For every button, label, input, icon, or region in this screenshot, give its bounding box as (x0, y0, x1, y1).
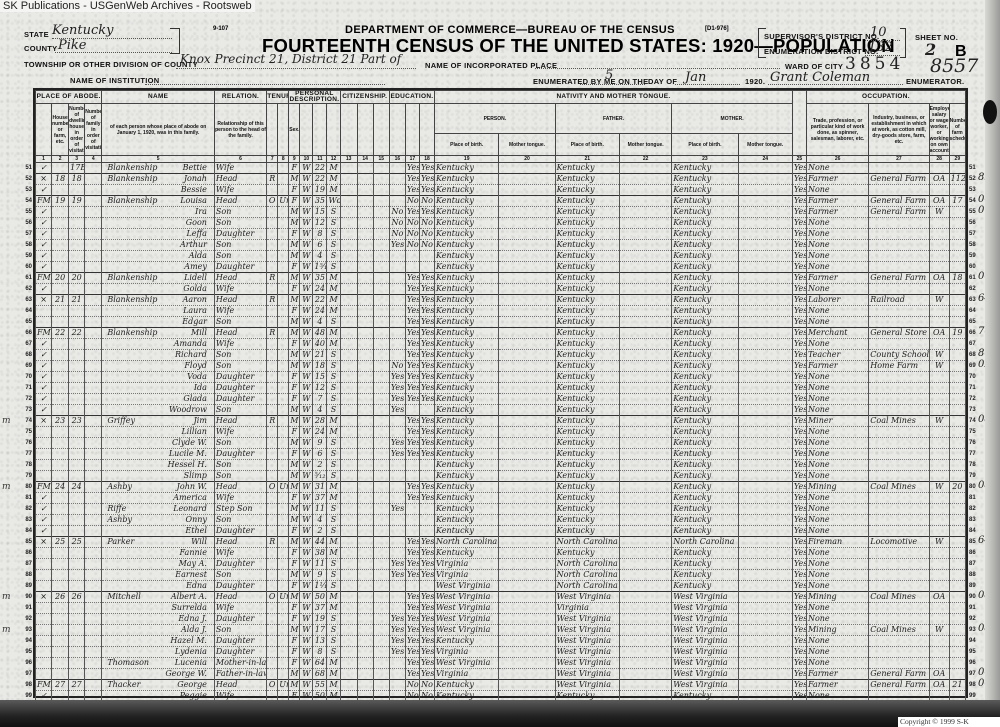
cell-house: 18 (52, 174, 69, 185)
col-family-header: Number of family in order of visitation. (85, 104, 102, 156)
cell-mort (278, 427, 289, 438)
cell-english: Yes (792, 317, 806, 328)
cell-empty (340, 251, 357, 262)
column-number: 3 (69, 156, 85, 163)
cell-relation: Head (214, 537, 266, 548)
cell-empty (340, 229, 357, 240)
cell-industry: General Farm (869, 196, 929, 207)
cell-empty (499, 537, 555, 548)
census-row: Hazel M.DaughterFW13SYesYesYesKentuckyWe… (36, 636, 966, 647)
cell-class (929, 647, 949, 658)
cell-empty (85, 515, 102, 526)
cell-empty (373, 372, 389, 383)
cell-empty (373, 229, 389, 240)
cell-relation: Son (214, 460, 266, 471)
enumerated-month: Jan (685, 70, 706, 85)
cell-empty (619, 405, 671, 416)
cell-write: Yes (419, 603, 434, 614)
cell-farm (949, 229, 965, 240)
cell-empty (619, 218, 671, 229)
cell-empty (357, 592, 373, 603)
cell-empty (738, 603, 792, 614)
cell-fpob: Kentucky (555, 251, 619, 262)
cell-empty (85, 262, 102, 273)
cell-class (929, 603, 949, 614)
cell-school (389, 537, 405, 548)
col-industry-header: Industry, business, or establishment in … (869, 104, 929, 156)
surname (103, 185, 107, 194)
line-number-left: 77 (20, 451, 32, 457)
cell-empty (738, 229, 792, 240)
cell-empty (373, 416, 389, 427)
cell-tenure: R (267, 174, 278, 185)
cell-english: Yes (792, 581, 806, 592)
cell-mark (36, 449, 52, 460)
cell-family (69, 515, 85, 526)
cell-race: W (300, 570, 313, 581)
cell-empty (85, 482, 102, 493)
cell-race: W (300, 625, 313, 636)
group-citizenship: CITIZENSHIP. (340, 91, 389, 104)
cell-mort (278, 515, 289, 526)
cell-empty (738, 581, 792, 592)
cell-empty (340, 361, 357, 372)
cell-tenure (267, 504, 278, 515)
cell-empty (619, 504, 671, 515)
cell-empty (373, 592, 389, 603)
cell-farm (949, 394, 965, 405)
col-trade-header: Trade, profession, or particular kind of… (806, 104, 868, 156)
cell-relation: Step Son (214, 504, 266, 515)
cell-age: 4 (313, 515, 327, 526)
given-name: Ethel (185, 526, 213, 536)
line-number-left: 82 (20, 506, 32, 512)
cell-mort (278, 570, 289, 581)
cell-mark: ✓ (36, 526, 52, 537)
cell-school (389, 548, 405, 559)
cell-tenure (267, 240, 278, 251)
cell-house (52, 504, 69, 515)
cell-empty (340, 262, 357, 273)
cell-trade: None (806, 185, 868, 196)
cell-age: 15 (313, 372, 327, 383)
cell-pob: Kentucky (435, 350, 499, 361)
cell-read: Yes (405, 449, 419, 460)
line-number-left: 78 (20, 462, 32, 468)
cell-empty (85, 328, 102, 339)
cell-write: Yes (419, 449, 434, 460)
cell-pob: Kentucky (435, 240, 499, 251)
cell-class (929, 163, 949, 174)
cell-class: OA (929, 273, 949, 284)
cell-empty (619, 493, 671, 504)
cell-farm (949, 383, 965, 394)
cell-mark: × (36, 295, 52, 306)
cell-tenure (267, 493, 278, 504)
cell-mort (278, 372, 289, 383)
cell-class: OA (929, 592, 949, 603)
cell-marital: S (327, 350, 340, 361)
ed-value: 132 (868, 40, 893, 55)
cell-house (52, 350, 69, 361)
cell-relation: Daughter (214, 372, 266, 383)
cell-school: Yes (389, 383, 405, 394)
line-number-left: 87 (20, 561, 32, 567)
cell-marital: S (327, 394, 340, 405)
cell-empty (738, 526, 792, 537)
cell-family: 26 (69, 592, 85, 603)
cell-relation: Head (214, 328, 266, 339)
cell-relation: Son (214, 405, 266, 416)
cell-family (69, 218, 85, 229)
cell-trade: None (806, 284, 868, 295)
cell-empty (357, 339, 373, 350)
cell-empty (738, 438, 792, 449)
cell-family: 17B (69, 163, 85, 174)
line-number-left: 54 (20, 198, 32, 204)
cell-fpob: Kentucky (555, 427, 619, 438)
cell-tenure (267, 427, 278, 438)
cell-house (52, 218, 69, 229)
cell-pob: Kentucky (435, 295, 499, 306)
cell-read: Yes (405, 548, 419, 559)
given-name: Lillian (181, 427, 212, 437)
cell-sex: F (289, 372, 300, 383)
cell-age: 9 (313, 438, 327, 449)
cell-english: Yes (792, 504, 806, 515)
cell-empty (357, 614, 373, 625)
given-name: Leonard (173, 504, 213, 514)
cell-marital: M (327, 163, 340, 174)
col-school-header: Attended school any time since Sept. 1, … (389, 104, 405, 156)
cell-age: 8 (313, 647, 327, 658)
cell-tenure: R (267, 416, 278, 427)
cell-name: Glada (102, 394, 215, 405)
cell-read (405, 515, 419, 526)
cell-industry (869, 306, 929, 317)
surname (103, 603, 107, 612)
cell-marital: M (327, 493, 340, 504)
cell-empty (85, 416, 102, 427)
cell-race: W (300, 383, 313, 394)
cell-mpob: Kentucky (672, 460, 738, 471)
cell-mpob: Kentucky (672, 438, 738, 449)
cell-race: W (300, 218, 313, 229)
cell-write: Yes (419, 570, 434, 581)
cell-empty (85, 163, 102, 174)
cell-empty (85, 592, 102, 603)
cell-name: America (102, 493, 215, 504)
cell-trade: None (806, 504, 868, 515)
cell-mark: × (36, 174, 52, 185)
line-number-right: 91 (969, 605, 976, 611)
census-row: EdnaDaughterFW1¹⁄₁₂SWest VirginiaNorth C… (36, 581, 966, 592)
cell-mort (278, 295, 289, 306)
line-number-left: 96 (20, 660, 32, 666)
cell-farm (949, 251, 965, 262)
cell-industry (869, 658, 929, 669)
cell-house (52, 471, 69, 482)
cell-marital: M (327, 427, 340, 438)
census-table: PLACE OF ABODE. NAME RELATION. TENURE. P… (35, 90, 966, 713)
cell-class: W (929, 482, 949, 493)
col-dwelling-header: Number of dwelling house in order of vis… (69, 104, 85, 156)
cell-name: Amey (102, 262, 215, 273)
cell-english: Yes (792, 295, 806, 306)
given-name: Surrelda (171, 603, 212, 613)
cell-tenure (267, 658, 278, 669)
cell-farm (949, 449, 965, 460)
cell-school: No (389, 361, 405, 372)
cell-school: Yes (389, 504, 405, 515)
cell-empty (357, 636, 373, 647)
cell-race: W (300, 240, 313, 251)
cell-empty (619, 669, 671, 680)
cell-empty (85, 427, 102, 438)
cell-read: Yes (405, 614, 419, 625)
cell-mpob: Kentucky (672, 416, 738, 427)
cell-write: No (419, 240, 434, 251)
cell-age: 48 (313, 328, 327, 339)
cell-mort (278, 416, 289, 427)
cell-marital: M (327, 185, 340, 196)
cell-empty (619, 339, 671, 350)
cell-mark (36, 669, 52, 680)
state-value: Kentucky (52, 23, 114, 38)
given-name: Earnest (175, 570, 213, 580)
cell-family (69, 669, 85, 680)
given-name: Mill (191, 328, 213, 338)
cell-trade: Mining (806, 625, 868, 636)
cell-empty (340, 240, 357, 251)
cell-fpob: Kentucky (555, 504, 619, 515)
surname (103, 218, 107, 227)
cell-relation: Head (214, 295, 266, 306)
cell-mpob: West Virginia (672, 669, 738, 680)
cell-farm (949, 218, 965, 229)
cell-mark (36, 438, 52, 449)
census-row: ✓IdaDaughterFW12SYesYesYesKentuckyKentuc… (36, 383, 966, 394)
cell-mpob: Kentucky (672, 273, 738, 284)
given-name: George W. (165, 669, 213, 679)
cell-sex: F (289, 284, 300, 295)
col-street-header: Street, avenue, road, etc. (36, 104, 52, 156)
surname (103, 383, 107, 392)
cell-mort (278, 163, 289, 174)
cell-name: BlankenshipLidell (102, 273, 215, 284)
cell-fpob: West Virginia (555, 592, 619, 603)
cell-race: W (300, 273, 313, 284)
cell-empty (499, 372, 555, 383)
cell-mpob: North Carolina (672, 537, 738, 548)
cell-empty (738, 592, 792, 603)
cell-trade: None (806, 262, 868, 273)
cell-write: Yes (419, 493, 434, 504)
cell-tenure (267, 669, 278, 680)
cell-industry (869, 383, 929, 394)
surname (103, 361, 107, 370)
col-english-header: Whether able to speak English. (792, 91, 806, 156)
cell-mpob: Kentucky (672, 185, 738, 196)
cell-mark (36, 548, 52, 559)
cell-pob: Kentucky (435, 471, 499, 482)
column-number: 11 (313, 156, 327, 163)
cell-sex: M (289, 295, 300, 306)
cell-mort (278, 273, 289, 284)
cell-read: Yes (405, 273, 419, 284)
cell-write: Yes (419, 372, 434, 383)
cell-trade: Fireman (806, 537, 868, 548)
cell-family (69, 493, 85, 504)
cell-house: 26 (52, 592, 69, 603)
cell-english: Yes (792, 251, 806, 262)
cell-mpob: Kentucky (672, 570, 738, 581)
cell-mpob: Kentucky (672, 251, 738, 262)
cell-empty (357, 482, 373, 493)
cell-name: Hessel H. (102, 460, 215, 471)
cell-empty (619, 416, 671, 427)
cell-empty (373, 185, 389, 196)
given-name: Alda (189, 251, 213, 261)
cell-pob: Kentucky (435, 416, 499, 427)
cell-empty (619, 559, 671, 570)
line-number-left: 76 (20, 440, 32, 446)
line-number-right: 97 (969, 671, 976, 677)
cell-class: W (929, 625, 949, 636)
cell-empty (340, 460, 357, 471)
cell-empty (85, 647, 102, 658)
cell-empty (738, 306, 792, 317)
cell-school (389, 339, 405, 350)
cell-marital: S (327, 559, 340, 570)
copyright-notice: Copyright © 1999 S-K Publications (898, 717, 1000, 727)
line-number-right: 83 (969, 517, 976, 523)
cell-house (52, 570, 69, 581)
cell-mark: ✓ (36, 383, 52, 394)
cell-empty (357, 449, 373, 460)
cell-mark (36, 581, 52, 592)
cell-race: W (300, 185, 313, 196)
cell-industry (869, 185, 929, 196)
cell-school (389, 174, 405, 185)
left-margin-mark: m (2, 592, 11, 602)
line-number-left: 88 (20, 572, 32, 578)
census-row: ThomasonLuceniaMother-in-lawFW64MYesYesW… (36, 658, 966, 669)
column-number: 6 (214, 156, 266, 163)
line-number-right: 58 (969, 242, 976, 248)
cell-read: Yes (405, 383, 419, 394)
given-name: Aaron (183, 295, 213, 305)
cell-pob: Kentucky (435, 317, 499, 328)
cell-school (389, 295, 405, 306)
cell-empty (373, 647, 389, 658)
line-number-left: 80 (20, 484, 32, 490)
cell-empty (738, 559, 792, 570)
cell-mort (278, 383, 289, 394)
cell-class (929, 262, 949, 273)
cell-age: 4 (313, 251, 327, 262)
cell-name: ParkerWill (102, 537, 215, 548)
cell-empty (373, 350, 389, 361)
cell-mark: ✓ (36, 493, 52, 504)
cell-age: 22 (313, 295, 327, 306)
cell-marital: S (327, 372, 340, 383)
cell-tenure (267, 548, 278, 559)
cell-empty (373, 306, 389, 317)
cell-mpob: Kentucky (672, 328, 738, 339)
line-number-right: 71 (969, 385, 976, 391)
cell-english: Yes (792, 570, 806, 581)
cell-empty (499, 185, 555, 196)
cell-age: 44 (313, 537, 327, 548)
cell-industry: General Farm (869, 174, 929, 185)
cell-sex: M (289, 328, 300, 339)
cell-pob: Kentucky (435, 273, 499, 284)
cell-name: Arthur (102, 240, 215, 251)
cell-house (52, 614, 69, 625)
cell-empty (85, 240, 102, 251)
cell-english: Yes (792, 449, 806, 460)
cell-mpob: West Virginia (672, 614, 738, 625)
cell-industry (869, 526, 929, 537)
cell-marital: M (327, 482, 340, 493)
cell-empty (619, 361, 671, 372)
cell-empty (340, 493, 357, 504)
census-row: ✓AshbyOnnySonMW4SKentuckyKentuckyKentuck… (36, 515, 966, 526)
cell-empty (340, 273, 357, 284)
line-number-right: 99 (969, 693, 976, 699)
cell-race: W (300, 372, 313, 383)
cell-family: 27 (69, 680, 85, 691)
cell-mark (36, 636, 52, 647)
cell-tenure (267, 570, 278, 581)
cell-industry (869, 614, 929, 625)
cell-tenure (267, 229, 278, 240)
cell-empty (499, 262, 555, 273)
cell-mort (278, 537, 289, 548)
cell-empty (373, 174, 389, 185)
cell-empty (357, 570, 373, 581)
cell-marital: S (327, 262, 340, 273)
cell-mark: ✓ (36, 240, 52, 251)
cell-sex: M (289, 405, 300, 416)
cell-relation: Son (214, 207, 266, 218)
cell-pob: Kentucky (435, 405, 499, 416)
cell-mort (278, 669, 289, 680)
cell-industry (869, 647, 929, 658)
cell-farm: 19 (949, 328, 965, 339)
cell-read: Yes (405, 284, 419, 295)
line-number-left: 93 (20, 627, 32, 633)
line-number-right: 88 (969, 572, 976, 578)
cell-industry: General Farm (869, 273, 929, 284)
cell-family (69, 438, 85, 449)
cell-class (929, 251, 949, 262)
year-label: 1920. (745, 77, 765, 86)
cell-empty (738, 240, 792, 251)
cell-mpob: Kentucky (672, 394, 738, 405)
cell-mark: FM (36, 680, 52, 691)
cell-read: No (405, 229, 419, 240)
cell-age: ⁵⁄₁₂ (313, 471, 327, 482)
line-number-right: 92 (969, 616, 976, 622)
cell-empty (499, 669, 555, 680)
cell-fpob: Kentucky (555, 306, 619, 317)
census-row: ✓AmericaWifeFW37MYesYesKentuckyKentuckyK… (36, 493, 966, 504)
cell-english: Yes (792, 592, 806, 603)
line-number-left: 75 (20, 429, 32, 435)
cell-race: W (300, 603, 313, 614)
